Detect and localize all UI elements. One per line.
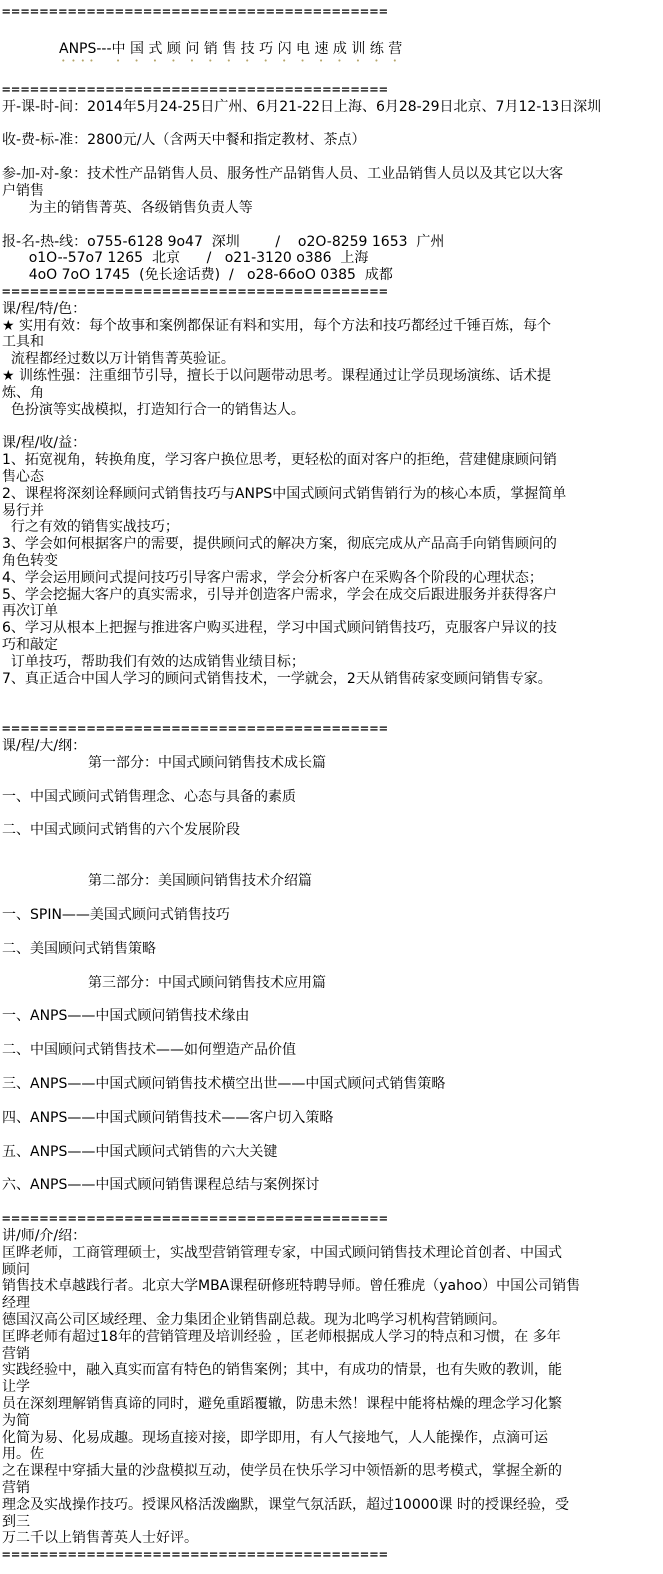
outline-part2-title: 第二部分：美国顾问销售技术介绍篇 xyxy=(2,873,661,890)
document-body: ========================================… xyxy=(0,0,663,1574)
features-heading: 课/程/特/色： xyxy=(2,301,661,318)
hotline-label: 报-名-热-线： xyxy=(2,234,87,250)
outline-item: 四、ANPS——中国式顾问销售技术——客户切入策略 xyxy=(2,1110,661,1127)
benefit-item: 7、真正适合中国人学习的顾问式销售技术，一学就会，2天从销售砖家变顾问销售专家。 xyxy=(2,671,661,688)
outline-item: 二、中国顾问式销售技术——如何塑造产品价值 xyxy=(2,1042,661,1059)
separator-line: ========================================… xyxy=(2,284,661,301)
outline-item: 二、美国顾问式销售策略 xyxy=(2,941,661,958)
schedule-value: 2014年5月24-25日广州、6月21-22日上海、6月28-29日北京、7月… xyxy=(87,99,601,115)
schedule-line: 开-课-时-间：2014年5月24-25日广州、6月21-22日上海、6月28-… xyxy=(2,99,661,116)
outline-item: 一、中国式顾问式销售理念、心态与具备的素质 xyxy=(2,789,661,806)
instructor-bio: 匡晔老师，工商管理硕士，实战型营销管理专家，中国式顾问销售技术理论首创者、中国式… xyxy=(2,1245,661,1547)
outline-part3-title: 第三部分：中国式顾问销售技术应用篇 xyxy=(2,975,661,992)
schedule-label: 开-课-时-间： xyxy=(2,99,87,115)
benefits-heading: 课/程/收/益： xyxy=(2,435,661,452)
outline-part1-title: 第一部分：中国式顾问销售技术成长篇 xyxy=(2,755,661,772)
separator-line: ========================================… xyxy=(2,721,661,738)
fee-value: 2800元/人（含两天中餐和指定教材、茶点） xyxy=(87,132,365,148)
audience-line: 参-加-对-象：技术性产品销售人员、服务性产品销售人员、工业品销售人员以及其它以… xyxy=(2,166,661,216)
outline-item: 五、ANPS——中国式顾问式销售的六大关键 xyxy=(2,1144,661,1161)
outline-item: 一、ANPS——中国式顾问销售技术缘由 xyxy=(2,1008,661,1025)
outline-item: 二、中国式顾问式销售的六个发展阶段 xyxy=(2,822,661,839)
feature-item: ★ 训练性强：注重细节引导，擅长于以问题带动思考。课程通过让学员现场演练、话术提… xyxy=(2,368,661,418)
benefit-item: 2、课程将深刻诠释顾问式销售技巧与ANPS中国式顾问式销售销行为的核心本质，掌握… xyxy=(2,486,661,536)
benefit-item: 4、学会运用顾问式提问技巧引导客户需求，学会分析客户在采购各个阶段的心理状态； xyxy=(2,570,661,587)
separator-line: ========================================… xyxy=(2,1547,661,1564)
separator-line: ========================================… xyxy=(2,1211,661,1228)
outline-item: 六、ANPS——中国式顾问销售课程总结与案例探讨 xyxy=(2,1177,661,1194)
separator-line: ========================================… xyxy=(2,4,661,21)
benefit-item: 6、学习从根本上把握与推进客户购买进程，学习中国式顾问销售技巧，克服客户异议的技… xyxy=(2,620,661,670)
course-title: ANPS---中 国 式 顾 问 销 售 技 巧 闪 电 速 成 训 练 营 xyxy=(2,38,661,65)
benefit-item: 5、学会挖掘大客户的真实需求，引导并创造客户需求，学会在成交后跟进服务并获得客户… xyxy=(2,587,661,621)
instructor-heading: 讲/师/介/绍： xyxy=(2,1228,661,1245)
outline-item: 一、SPIN——美国式顾问式销售技巧 xyxy=(2,907,661,924)
audience-label: 参-加-对-象： xyxy=(2,166,87,182)
fee-label: 收-费-标-准： xyxy=(2,132,87,148)
outline-item: 三、ANPS——中国式顾问销售技术横空出世——中国式顾问式销售策略 xyxy=(2,1076,661,1093)
benefit-item: 3、学会如何根据客户的需要，提供顾问式的解决方案，彻底完成从产品高手向销售顾问的… xyxy=(2,536,661,570)
feature-item: ★ 实用有效：每个故事和案例都保证有料和实用，每个方法和技巧都经过千锤百炼，每个… xyxy=(2,318,661,368)
audience-value: 技术性产品销售人员、服务性产品销售人员、工业品销售人员以及其它以大客 户销售 为… xyxy=(2,166,563,216)
benefit-item: 1、拓宽视角，转换角度，学习客户换位思考，更轻松的面对客户的拒绝，营建健康顾问销… xyxy=(2,452,661,486)
hotline-line: 报-名-热-线：o755-6128 9o47 深圳 / o2O-8259 165… xyxy=(2,234,661,284)
separator-line: ========================================… xyxy=(2,82,661,99)
outline-heading: 课/程/大/纲： xyxy=(2,738,661,755)
fee-line: 收-费-标-准：2800元/人（含两天中餐和指定教材、茶点） xyxy=(2,132,661,149)
